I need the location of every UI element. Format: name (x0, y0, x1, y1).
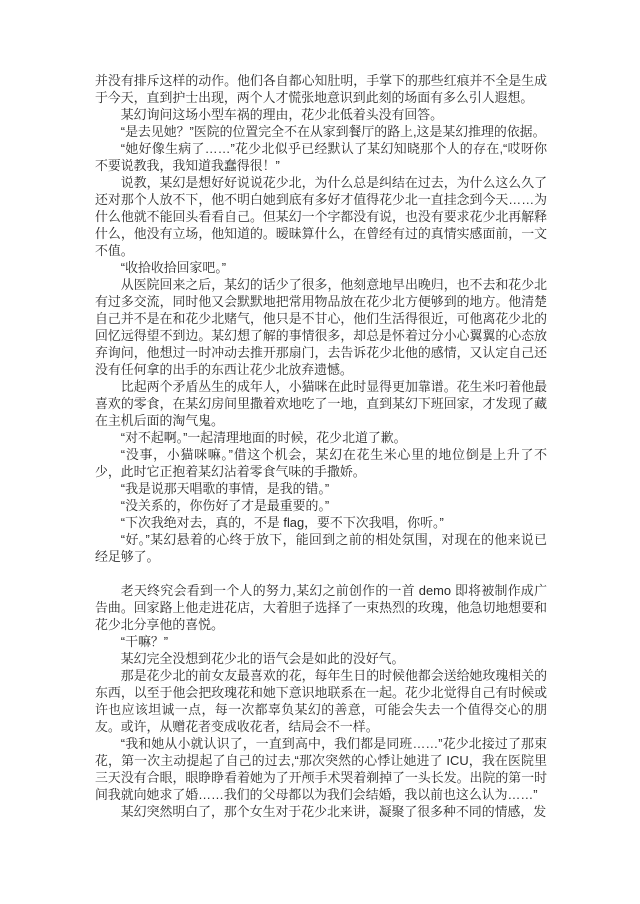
paragraph: “她好像生病了……”花少北似乎已经默认了某幻知晓那个人的存在,“哎呀你不要说教我… (95, 140, 547, 174)
paragraph: 某幻询问这场小型车祸的理由，花少北低着头没有回答。 (95, 106, 547, 123)
paragraph: “干嘛？” (95, 633, 547, 650)
paragraph: “我和她从小就认识了，一直到高中，我们都是同班……”花少北接过了那束花，第一次主… (95, 735, 547, 803)
paragraph: “没事，小猫咪嘛。”借这个机会，某幻在花生米心里的地位倒是上升了不少，此时它正抱… (95, 446, 547, 480)
paragraph: 那是花少北的前女友最喜欢的花，每年生日的时候他都会送给她玫瑰相关的东西，以至于他… (95, 667, 547, 735)
paragraph: 从医院回来之后，某幻的话少了很多，他刻意地早出晚归，也不去和花少北有过多交流，同… (95, 276, 547, 378)
paragraph: “对不起啊。”一起清理地面的时候，花少北道了歉。 (95, 429, 547, 446)
text-column: 并没有排斥这样的动作。他们各自都心知肚明，手掌下的那些红痕并不全是生成于今天，直… (95, 72, 547, 820)
paragraph: 某幻突然明白了，那个女生对于花少北来讲，凝聚了很多种不同的情感，发 (95, 803, 547, 820)
scene-break (95, 565, 547, 582)
paragraph: “我是说那天唱歌的事情，是我的错。” (95, 480, 547, 497)
paragraph: “没关系的，你伤好了才是最重要的。” (95, 497, 547, 514)
paragraph: 并没有排斥这样的动作。他们各自都心知肚明，手掌下的那些红痕并不全是生成于今天，直… (95, 72, 547, 106)
paragraph: “好。”某幻悬着的心终于放下，能回到之前的相处氛围，对现在的他来说已经足够了。 (95, 531, 547, 565)
paragraph: “收拾收拾回家吧。” (95, 259, 547, 276)
paragraph: “是去见她？”医院的位置完全不在从家到餐厅的路上,这是某幻推理的依据。 (95, 123, 547, 140)
paragraph: 比起两个矛盾丛生的成年人，小猫咪在此时显得更加靠谱。花生米叼着他最喜欢的零食，在… (95, 378, 547, 429)
paragraph: “下次我绝对去，真的，不是 flag，要不下次我唱，你听。” (95, 514, 547, 531)
paragraph: 某幻完全没想到花少北的语气会是如此的没好气。 (95, 650, 547, 667)
paragraph: 说教，某幻是想好好说说花少北，为什么总是纠结在过去，为什么这么久了还对那个人放不… (95, 174, 547, 259)
novel-page: 并没有排斥这样的动作。他们各自都心知肚明，手掌下的那些红痕并不全是生成于今天，直… (0, 0, 640, 904)
paragraph: 老天终究会看到一个人的努力,某幻之前创作的一首 demo 即将被制作成广告曲。回… (95, 582, 547, 633)
